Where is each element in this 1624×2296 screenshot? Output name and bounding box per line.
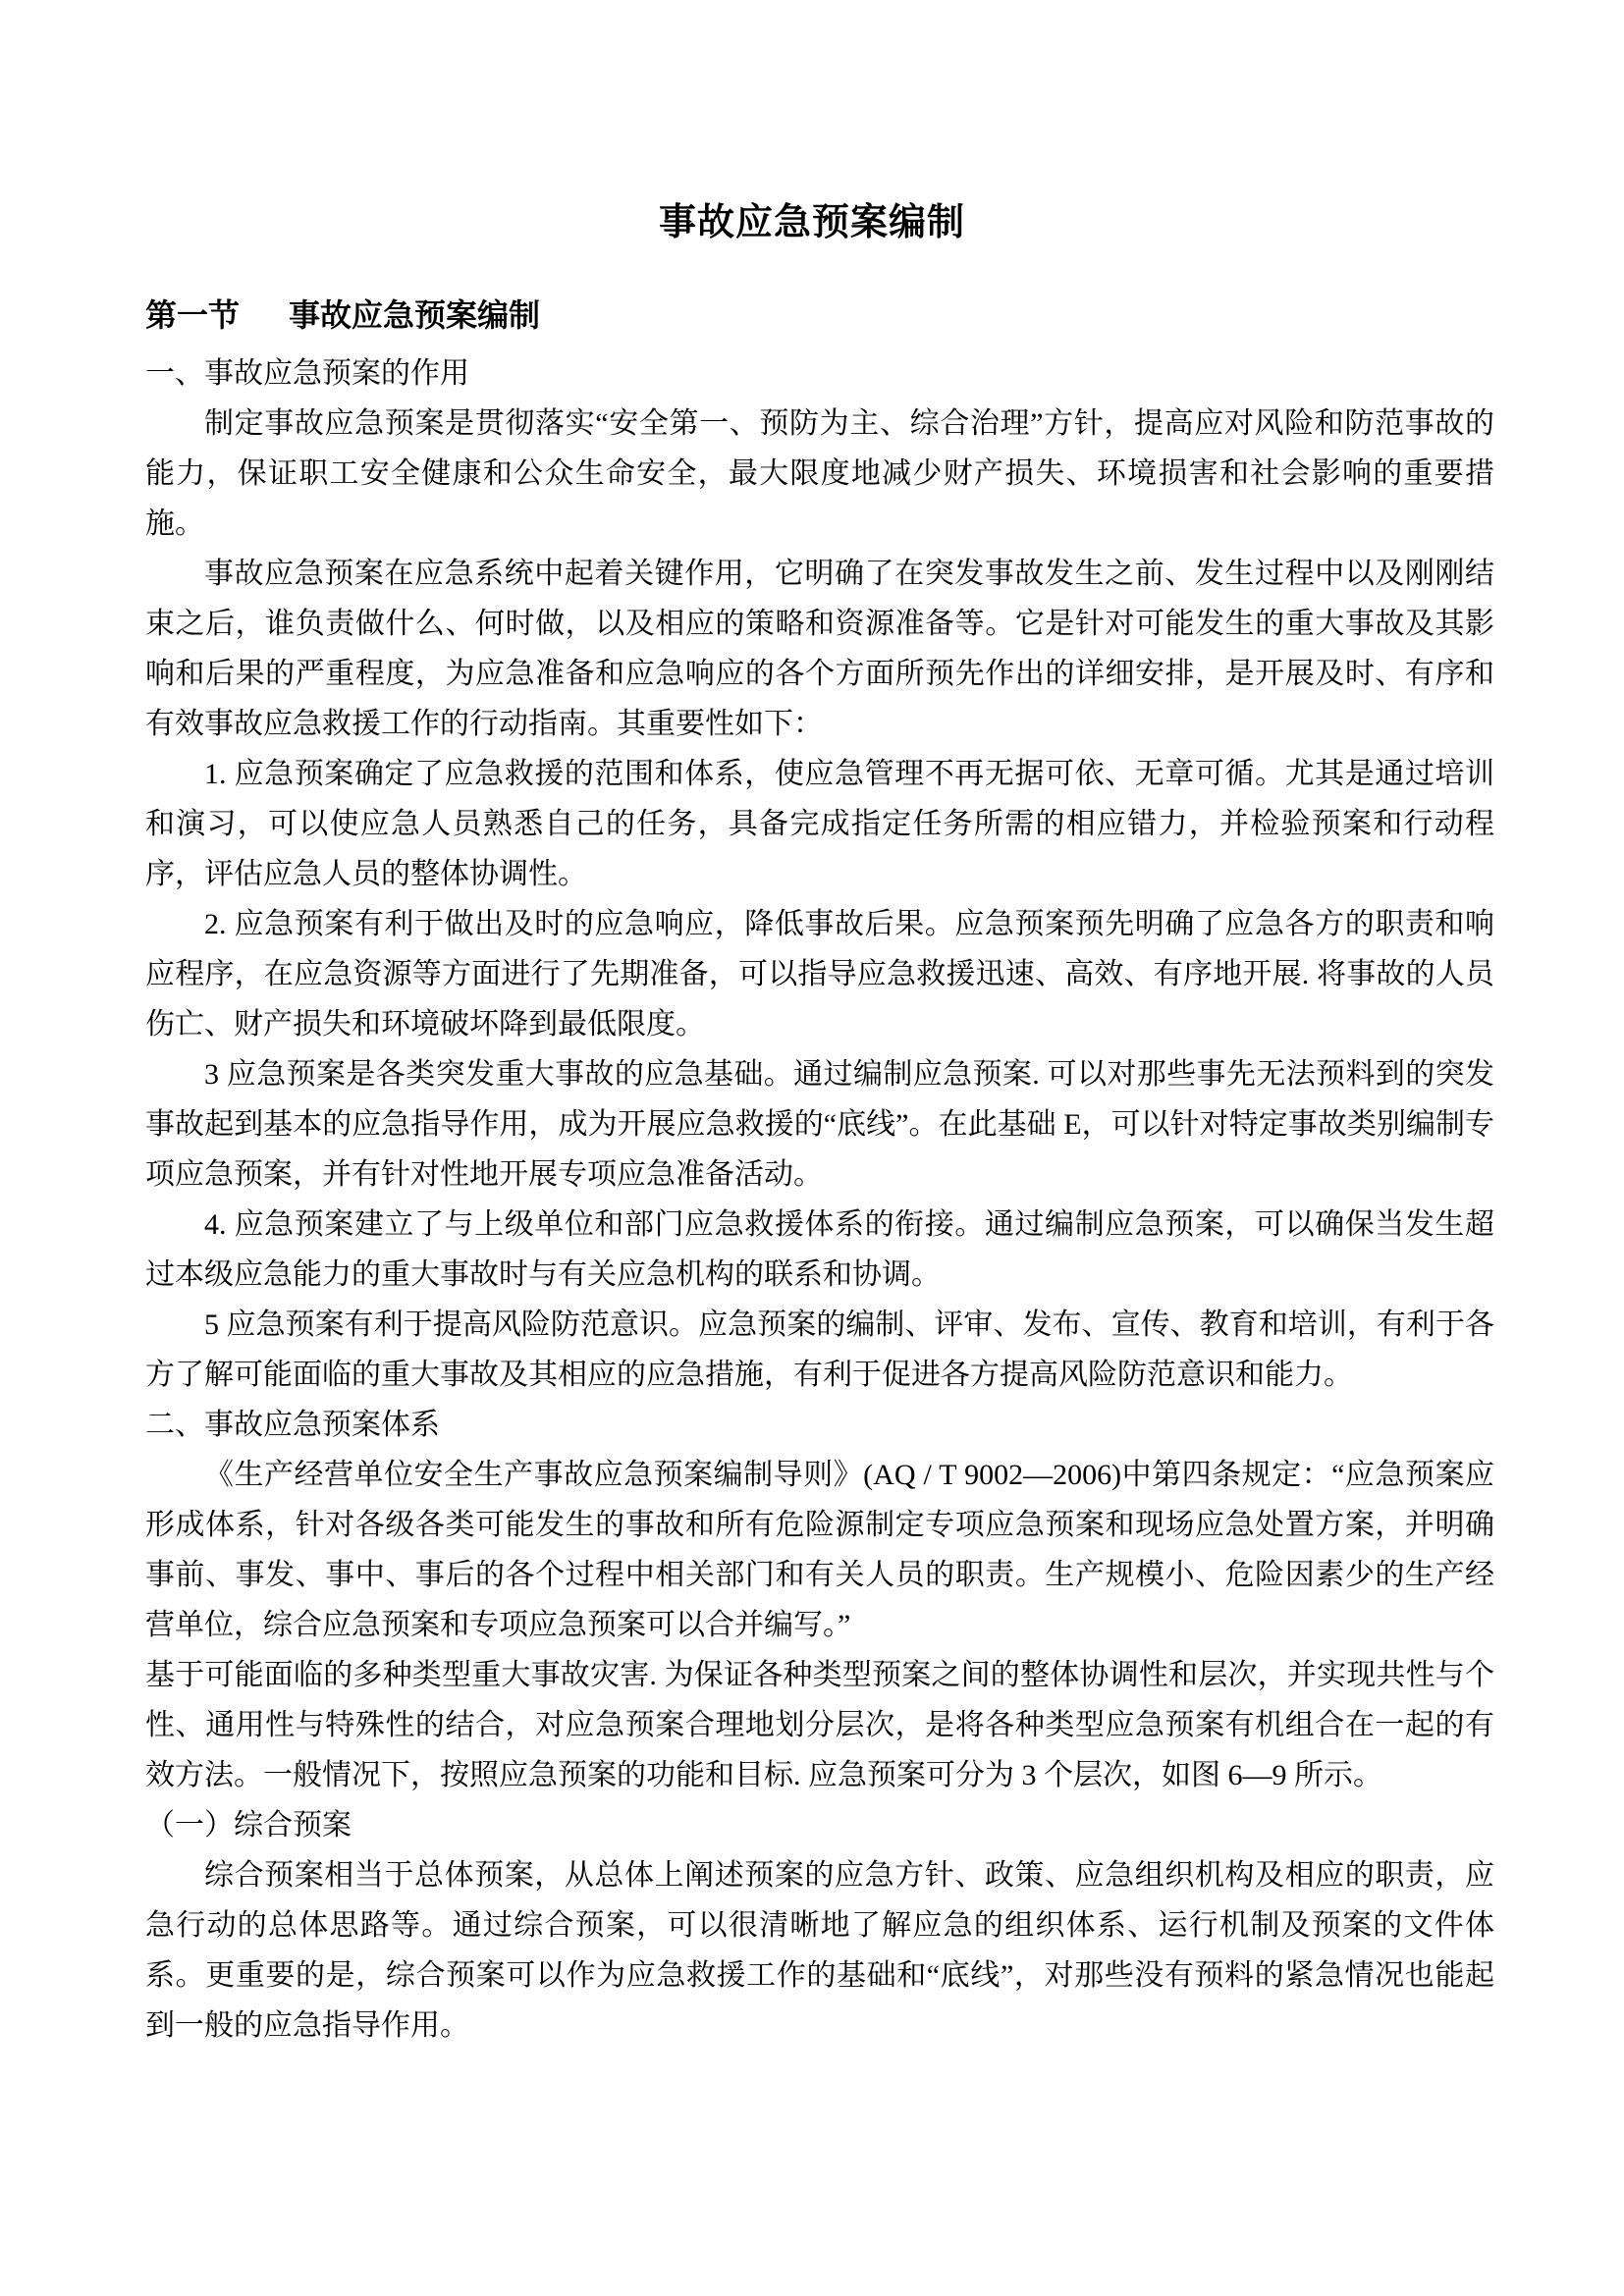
section-heading: 第一节事故应急预案编制: [145, 295, 1494, 335]
paragraph-1: 一、事故应急预案的作用: [145, 348, 1494, 399]
paragraph-4: 1. 应急预案确定了应急救援的范围和体系，使应急管理不再无据可依、无章可循。尤其…: [145, 749, 1494, 899]
paragraph-2: 制定事故应急预案是贯彻落实“安全第一、预防为主、综合治理”方针，提高应对风险和防…: [145, 399, 1494, 549]
document-body: 一、事故应急预案的作用制定事故应急预案是贯彻落实“安全第一、预防为主、综合治理”…: [145, 348, 1494, 2051]
paragraph-13: 综合预案相当于总体预案，从总体上阐述预案的应急方针、政策、应急组织机构及相应的职…: [145, 1850, 1494, 2051]
paragraph-8: 5 应急预案有利于提高风险防范意识。应急预案的编制、评审、发布、宣传、教育和培训…: [145, 1300, 1494, 1400]
paragraph-3: 事故应急预案在应急系统中起着关键作用，它明确了在突发事故发生之前、发生过程中以及…: [145, 549, 1494, 749]
paragraph-10: 《生产经营单位安全生产事故应急预案编制导则》(AQ / T 9002—2006)…: [145, 1450, 1494, 1650]
paragraph-6: 3 应急预案是各类突发重大事故的应急基础。通过编制应急预案. 可以对那些事先无法…: [145, 1049, 1494, 1200]
document-title: 事故应急预案编制: [0, 0, 1624, 246]
paragraph-11: 基于可能面临的多种类型重大事故灾害. 为保证各种类型预案之间的整体协调性和层次，…: [145, 1650, 1494, 1800]
section-number: 第一节: [145, 297, 240, 333]
paragraph-5: 2. 应急预案有利于做出及时的应急响应，降低事故后果。应急预案预先明确了应急各方…: [145, 899, 1494, 1049]
paragraph-12: （一）综合预案: [145, 1800, 1494, 1850]
paragraph-9: 二、事故应急预案体系: [145, 1400, 1494, 1450]
document-page: 事故应急预案编制 第一节事故应急预案编制 一、事故应急预案的作用制定事故应急预案…: [0, 0, 1624, 2296]
section-title: 事故应急预案编制: [289, 297, 540, 333]
paragraph-7: 4. 应急预案建立了与上级单位和部门应急救援体系的衔接。通过编制应急预案，可以确…: [145, 1200, 1494, 1300]
